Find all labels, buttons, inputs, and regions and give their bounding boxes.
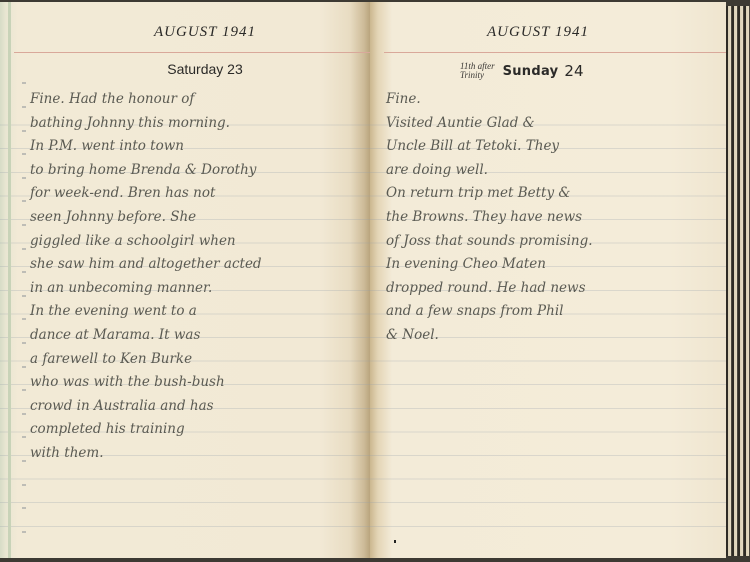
left-page-edge	[8, 2, 11, 558]
margin-mark	[22, 82, 26, 84]
day-name: Sunday	[503, 64, 559, 79]
margin-mark	[22, 271, 26, 273]
entry-line: she saw him and altogether acted	[30, 253, 360, 277]
entry-line: & Noel.	[386, 324, 706, 348]
entry-line: On return trip met Betty &	[386, 182, 706, 206]
margin-mark	[22, 531, 26, 533]
entry-line: Visited Auntie Glad &	[386, 112, 706, 136]
right-page: AUGUST 1941 11th after Trinity Sunday 24…	[370, 2, 726, 558]
entry-line: bathing Johnny this morning.	[30, 112, 360, 136]
margin-mark	[22, 413, 26, 415]
entry-line: In the evening went to a	[30, 300, 360, 324]
margin-mark	[22, 224, 26, 226]
entry-line: In evening Cheo Maten	[386, 253, 706, 277]
entry-line: a farewell to Ken Burke	[30, 348, 360, 372]
entry-line: In P.M. went into town	[30, 135, 360, 159]
left-page: AUGUST 1941 Saturday 23 Fine. Had the ho…	[0, 2, 370, 558]
margin-mark	[22, 200, 26, 202]
margin-mark	[22, 153, 26, 155]
entry-line: for week-end. Bren has not	[30, 182, 360, 206]
entry-line: Uncle Bill at Tetoki. They	[386, 135, 706, 159]
entry-line: Fine.	[386, 88, 706, 112]
day-number: 24	[564, 62, 583, 80]
day-label: Saturday 23	[40, 61, 370, 77]
entry-line: completed his training	[30, 418, 360, 442]
margin-mark	[22, 318, 26, 320]
diary-spread: AUGUST 1941 Saturday 23 Fine. Had the ho…	[0, 0, 750, 562]
margin-mark	[22, 507, 26, 509]
margin-mark	[22, 248, 26, 250]
entry-line: the Browns. They have news	[386, 206, 706, 230]
margin-mark	[22, 366, 26, 368]
margin-mark	[22, 177, 26, 179]
header-rule	[384, 52, 726, 53]
entry-line: of Joss that sounds promising.	[386, 230, 706, 254]
margin-mark	[22, 460, 26, 462]
entry-line: dance at Marama. It was	[30, 324, 360, 348]
margin-mark	[22, 484, 26, 486]
entry-line: dropped round. He had news	[386, 277, 706, 301]
church-calendar-note: 11th after Trinity	[460, 62, 495, 80]
margin-mark	[22, 389, 26, 391]
ink-speck	[394, 540, 396, 543]
month-header: AUGUST 1941	[40, 24, 370, 41]
entry-line: crowd in Australia and has	[30, 395, 360, 419]
margin-mark	[22, 130, 26, 132]
header-rule	[14, 52, 370, 53]
entry-line: who was with the bush-bush	[30, 371, 360, 395]
margin-mark	[22, 295, 26, 297]
entry-line: giggled like a schoolgirl when	[30, 230, 360, 254]
diary-entry: Fine. Had the honour of bathing Johnny t…	[30, 88, 360, 466]
entry-line: Fine. Had the honour of	[30, 88, 360, 112]
entry-line: are doing well.	[386, 159, 706, 183]
page-stack-edges	[726, 6, 750, 556]
entry-line: to bring home Brenda & Dorothy	[30, 159, 360, 183]
entry-line: seen Johnny before. She	[30, 206, 360, 230]
diary-entry: Fine. Visited Auntie Glad & Uncle Bill a…	[386, 88, 706, 348]
day-label: 11th after Trinity Sunday 24	[460, 62, 584, 80]
entry-line: with them.	[30, 442, 360, 466]
month-header: AUGUST 1941	[370, 24, 706, 41]
entry-line: in an unbecoming manner.	[30, 277, 360, 301]
entry-line: and a few snaps from Phil	[386, 300, 706, 324]
margin-mark	[22, 436, 26, 438]
margin-mark	[22, 106, 26, 108]
margin-mark	[22, 342, 26, 344]
